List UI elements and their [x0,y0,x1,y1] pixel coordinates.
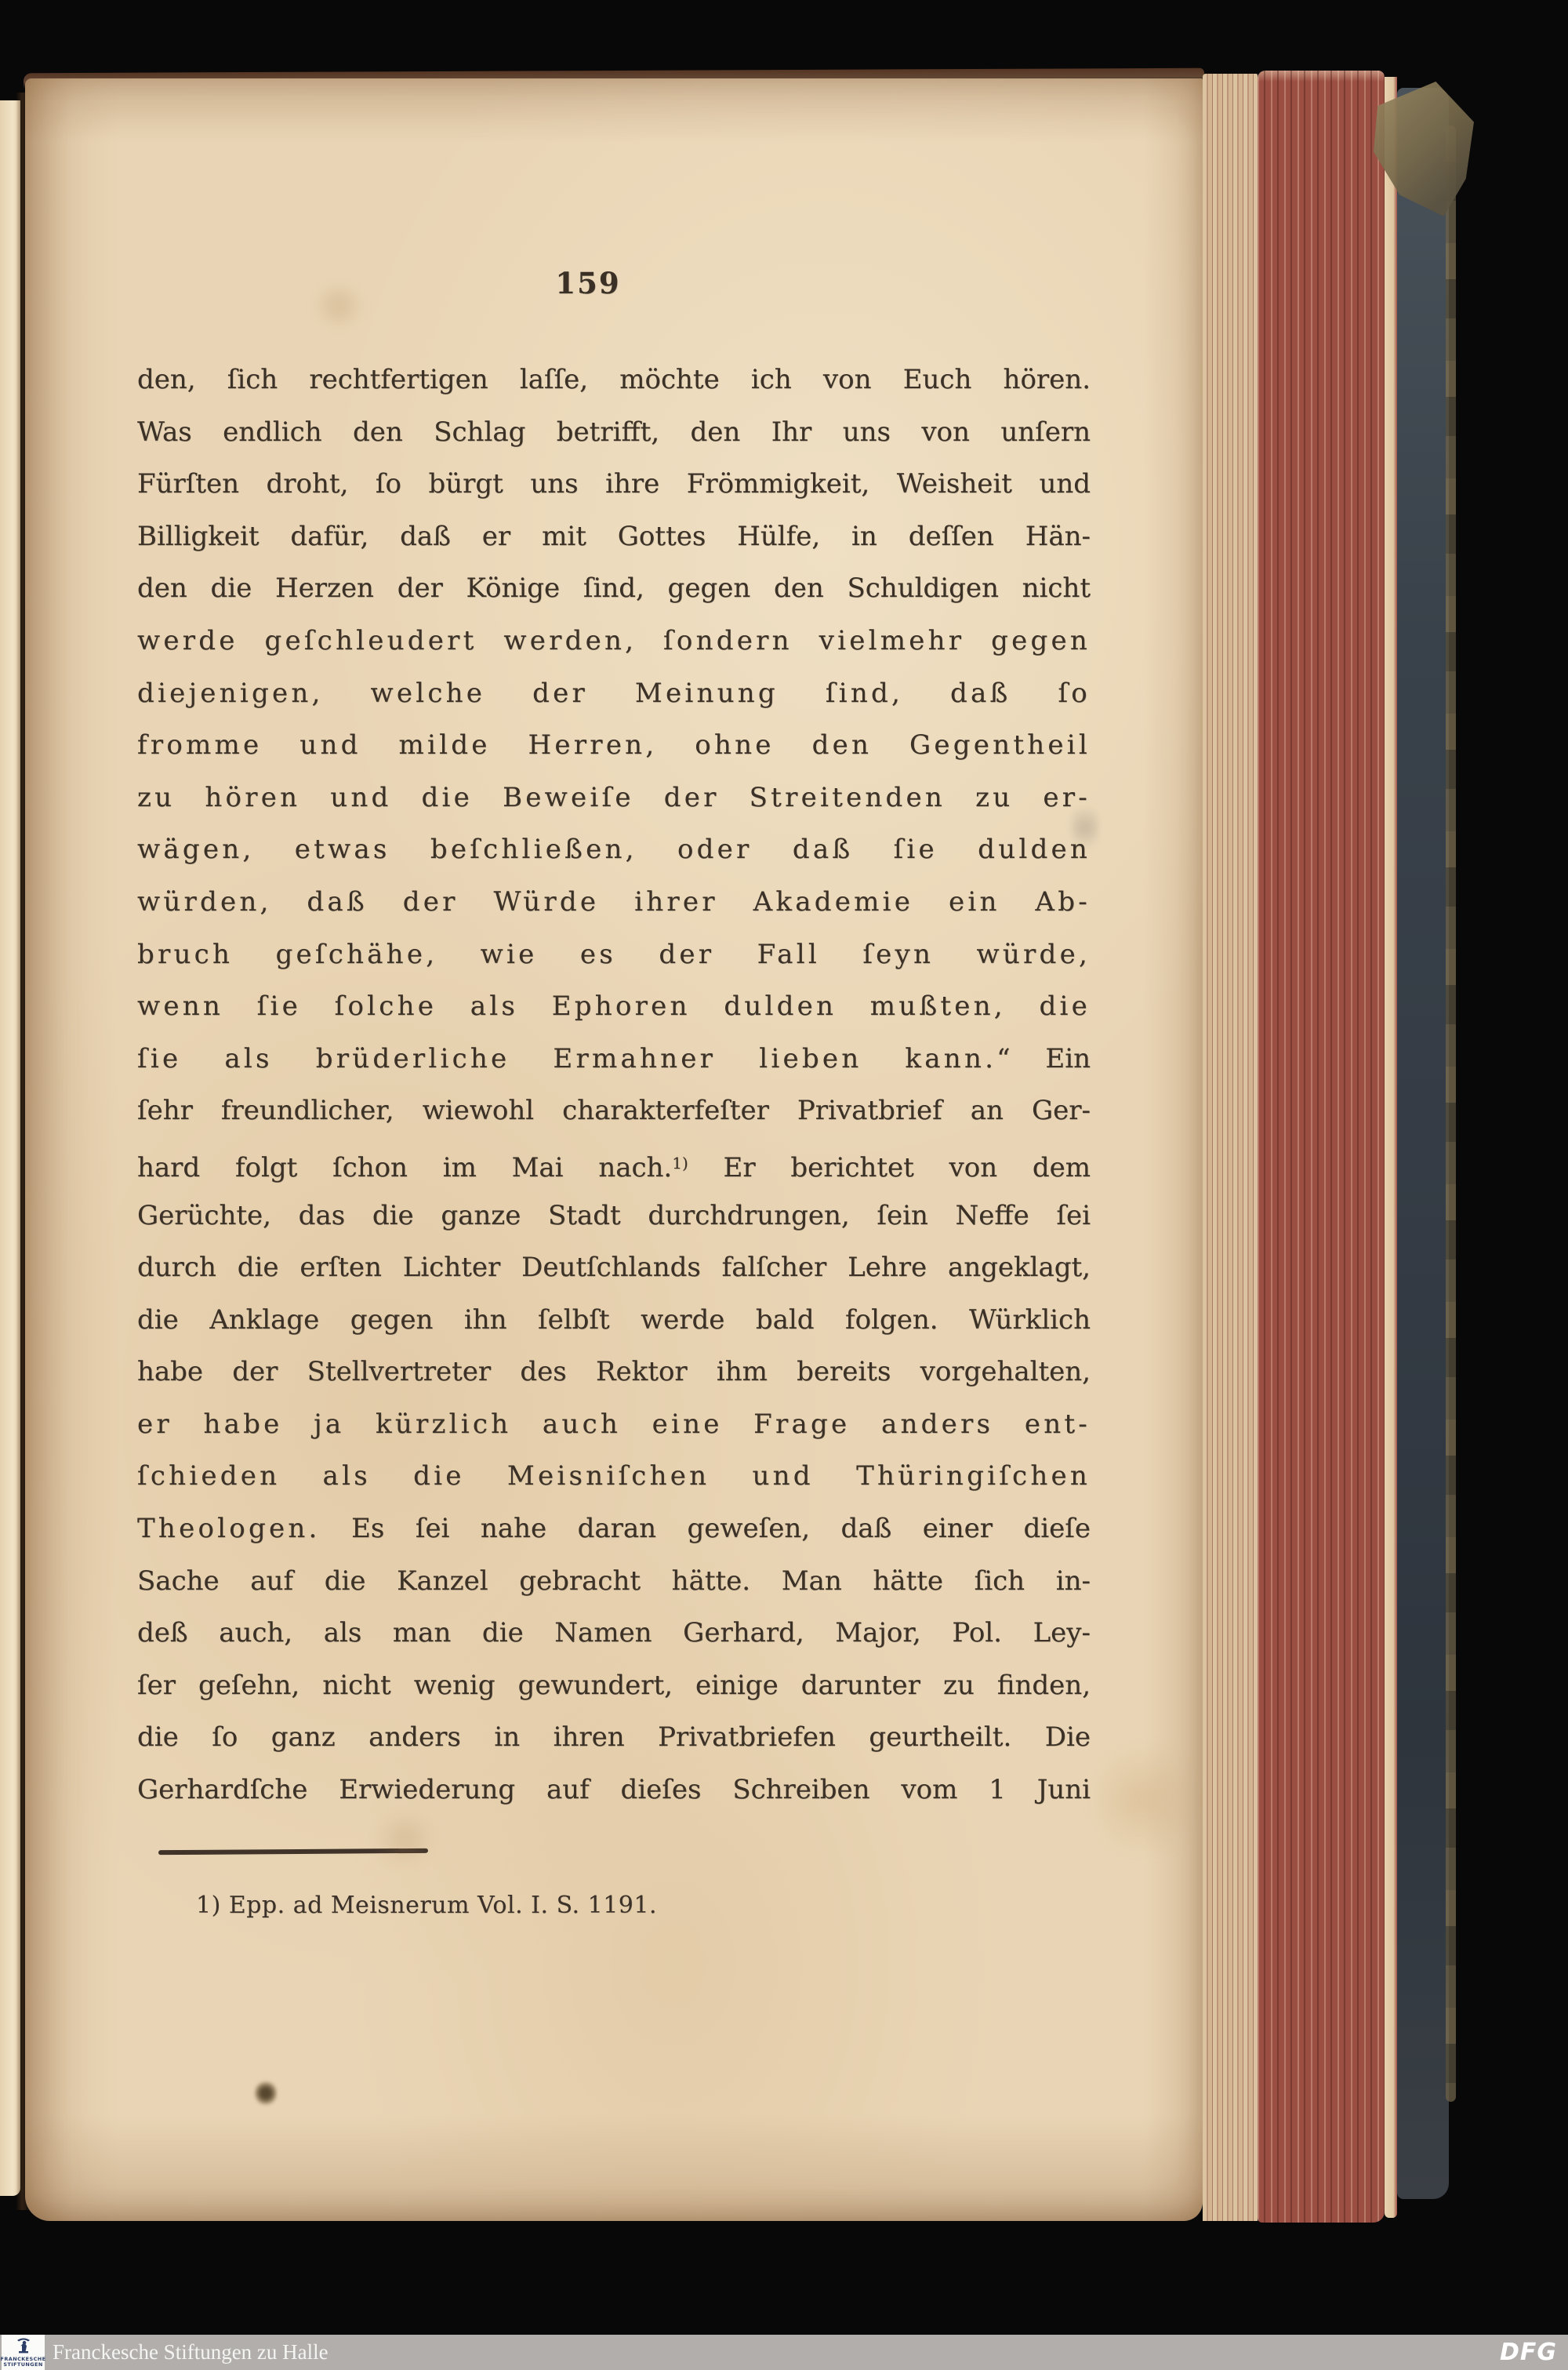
stiftungen-emblem-icon [16,2336,31,2357]
text-segment: die Anklage gegen ihn ſelbſt werde bald … [137,1304,1091,1336]
text-line: durch die erſten Lichter Deutſchlands fa… [137,1241,1091,1294]
text-line: Sache auf die Kanzel gebracht hätte. Man… [137,1555,1091,1608]
text-segment: ſehr freundlicher, wiewohl charakterfeſt… [137,1095,1091,1126]
page-edge-strip [1385,77,1397,2218]
text-line: ſchieden als die Meisniſchen und Thüring… [137,1450,1091,1503]
page-number: 159 [439,265,737,301]
paper-stain [370,1816,441,1863]
text-line: die Anklage gegen ihn ſelbſt werde bald … [137,1294,1091,1347]
text-line: Billigkeit dafür, daß er mit Gottes Hülf… [137,511,1091,563]
dfg-logo[interactable]: DFG [1500,2335,1557,2370]
paper-stain [307,284,370,328]
text-line: den die Herzen der Könige ſind, gegen de… [137,562,1091,615]
text-segment: Billigkeit dafür, daß er mit Gottes Hülf… [137,521,1091,552]
text-segment: Gerhardſche Erwiederung auf dieſes Schre… [137,1774,1091,1805]
text-line: fromme und milde Herren, ohne den Gegent… [137,719,1091,772]
text-segment: die ſo ganz anders in ihren Privatbriefe… [137,1721,1091,1753]
logo-text-line2: STIFTUNGEN [3,2361,42,2368]
text-line: wenn ſie ſolche als Ephoren dulden mußte… [137,980,1091,1033]
text-line: Gerhardſche Erwiederung auf dieſes Schre… [137,1764,1091,1816]
text-line: ſehr freundlicher, wiewohl charakterfeſt… [137,1085,1091,1137]
paper-stain [1096,1733,1190,1867]
text-segment: fromme und milde Herren, ohne den Gegent… [137,729,1091,761]
text-segment: Sache auf die Kanzel gebracht hätte. Man… [137,1565,1091,1597]
text-line: Theologen. Es ſei nahe daran geweſen, da… [137,1503,1091,1555]
text-line: habe der Stellvertreter des Rektor ihm b… [137,1346,1091,1398]
text-line: diejenigen, welche der Meinung ſind, daß… [137,667,1091,720]
text-segment: 1) [672,1154,688,1172]
text-segment: hard folgt ſchon im Mai nach. [137,1152,672,1183]
text-segment: zu hören und die Beweiſe der Streitenden… [137,782,1091,813]
footnote: 1) Epp. ad Meisnerum Vol. I. S. 1191. [196,1888,657,1923]
text-line: werde geſchleudert werden, ſondern vielm… [137,615,1091,667]
paper-stain [255,2080,277,2106]
text-line: Fürſten droht, ſo bürgt uns ihre Frömmig… [137,458,1091,511]
text-segment: er habe ja kürzlich auch eine Frage ande… [137,1409,1091,1440]
worn-cover-edge [1446,125,1456,2102]
text-segment: diejenigen, welche der Meinung ſind, daß… [137,678,1091,709]
text-line: wägen, etwas beſchließen, oder daß ſie d… [137,823,1091,876]
book-cover-edge [1397,88,1449,2199]
text-segment: durch die erſten Lichter Deutſchlands fa… [137,1252,1091,1283]
text-line: den, ſich rechtfertigen laſſe, möchte ic… [137,354,1091,406]
text-segment: den die Herzen der Könige ſind, gegen de… [137,573,1091,604]
text-segment: Es ſei nahe daran geweſen, daß einer die… [321,1513,1091,1544]
text-line: würden, daß der Würde ihrer Akademie ein… [137,876,1091,929]
text-segment: Gerüchte, das die ganze Stadt durchdrung… [137,1200,1091,1231]
book-page: 159 den, ſich rechtfertigen laſſe, möcht… [25,78,1203,2221]
page-text-block: den, ſich rechtfertigen laſſe, möchte ic… [137,354,1091,1816]
text-segment: den, ſich rechtfertigen laſſe, möchte ic… [137,364,1091,395]
book-scan-viewer: 159 den, ſich rechtfertigen laſſe, möcht… [0,0,1568,2370]
text-segment: Theologen. [137,1513,321,1544]
text-segment: Er berichtet von dem [688,1152,1091,1183]
text-segment: werde geſchleudert werden, ſondern vielm… [137,625,1091,656]
franckesche-stiftungen-logo[interactable]: FRANCKESCHE STIFTUNGEN [2,2335,45,2370]
text-segment: ſie als brüderliche Ermahner lieben kann… [137,1043,1014,1074]
text-segment: würden, daß der Würde ihrer Akademie ein… [137,886,1091,918]
text-line: hard folgt ſchon im Mai nach.1) Er beric… [137,1137,1091,1190]
text-segment: habe der Stellvertreter des Rektor ihm b… [137,1356,1091,1387]
institution-label: Franckesche Stiftungen zu Halle [53,2335,328,2370]
text-segment: wenn ſie ſolche als Ephoren dulden mußte… [137,991,1091,1022]
text-line: zu hören und die Beweiſe der Streitenden… [137,772,1091,824]
red-fore-edge [1258,71,1385,2223]
text-line: die ſo ganz anders in ihren Privatbriefe… [137,1711,1091,1764]
footer-bar: FRANCKESCHE STIFTUNGEN Franckesche Stift… [0,2335,1568,2370]
text-segment: Fürſten droht, ſo bürgt uns ihre Frömmig… [137,468,1091,500]
footnote-separator [158,1848,428,1855]
text-line: er habe ja kürzlich auch eine Frage ande… [137,1398,1091,1451]
text-line: Gerüchte, das die ganze Stadt durchdrung… [137,1190,1091,1242]
text-segment: Ein [1014,1043,1091,1074]
text-line: Was endlich den Schlag betrifft, den Ihr… [137,406,1091,459]
text-segment: wägen, etwas beſchließen, oder daß ſie d… [137,834,1091,865]
text-line: ſie als brüderliche Ermahner lieben kann… [137,1033,1091,1085]
text-line: deß auch, als man die Namen Gerhard, Maj… [137,1607,1091,1659]
text-segment: ſer geſehn, nicht wenig gewundert, einig… [137,1670,1091,1701]
text-segment: deß auch, als man die Namen Gerhard, Maj… [137,1617,1091,1648]
text-segment: Was endlich den Schlag betrifft, den Ihr… [137,416,1091,448]
stacked-page-edges [1203,74,1258,2221]
text-line: ſer geſehn, nicht wenig gewundert, einig… [137,1659,1091,1712]
text-segment: ſchieden als die Meisniſchen und Thüring… [137,1460,1091,1492]
text-line: bruch geſchähe, wie es der Fall ſeyn wür… [137,929,1091,981]
text-segment: bruch geſchähe, wie es der Fall ſeyn wür… [137,939,1091,970]
